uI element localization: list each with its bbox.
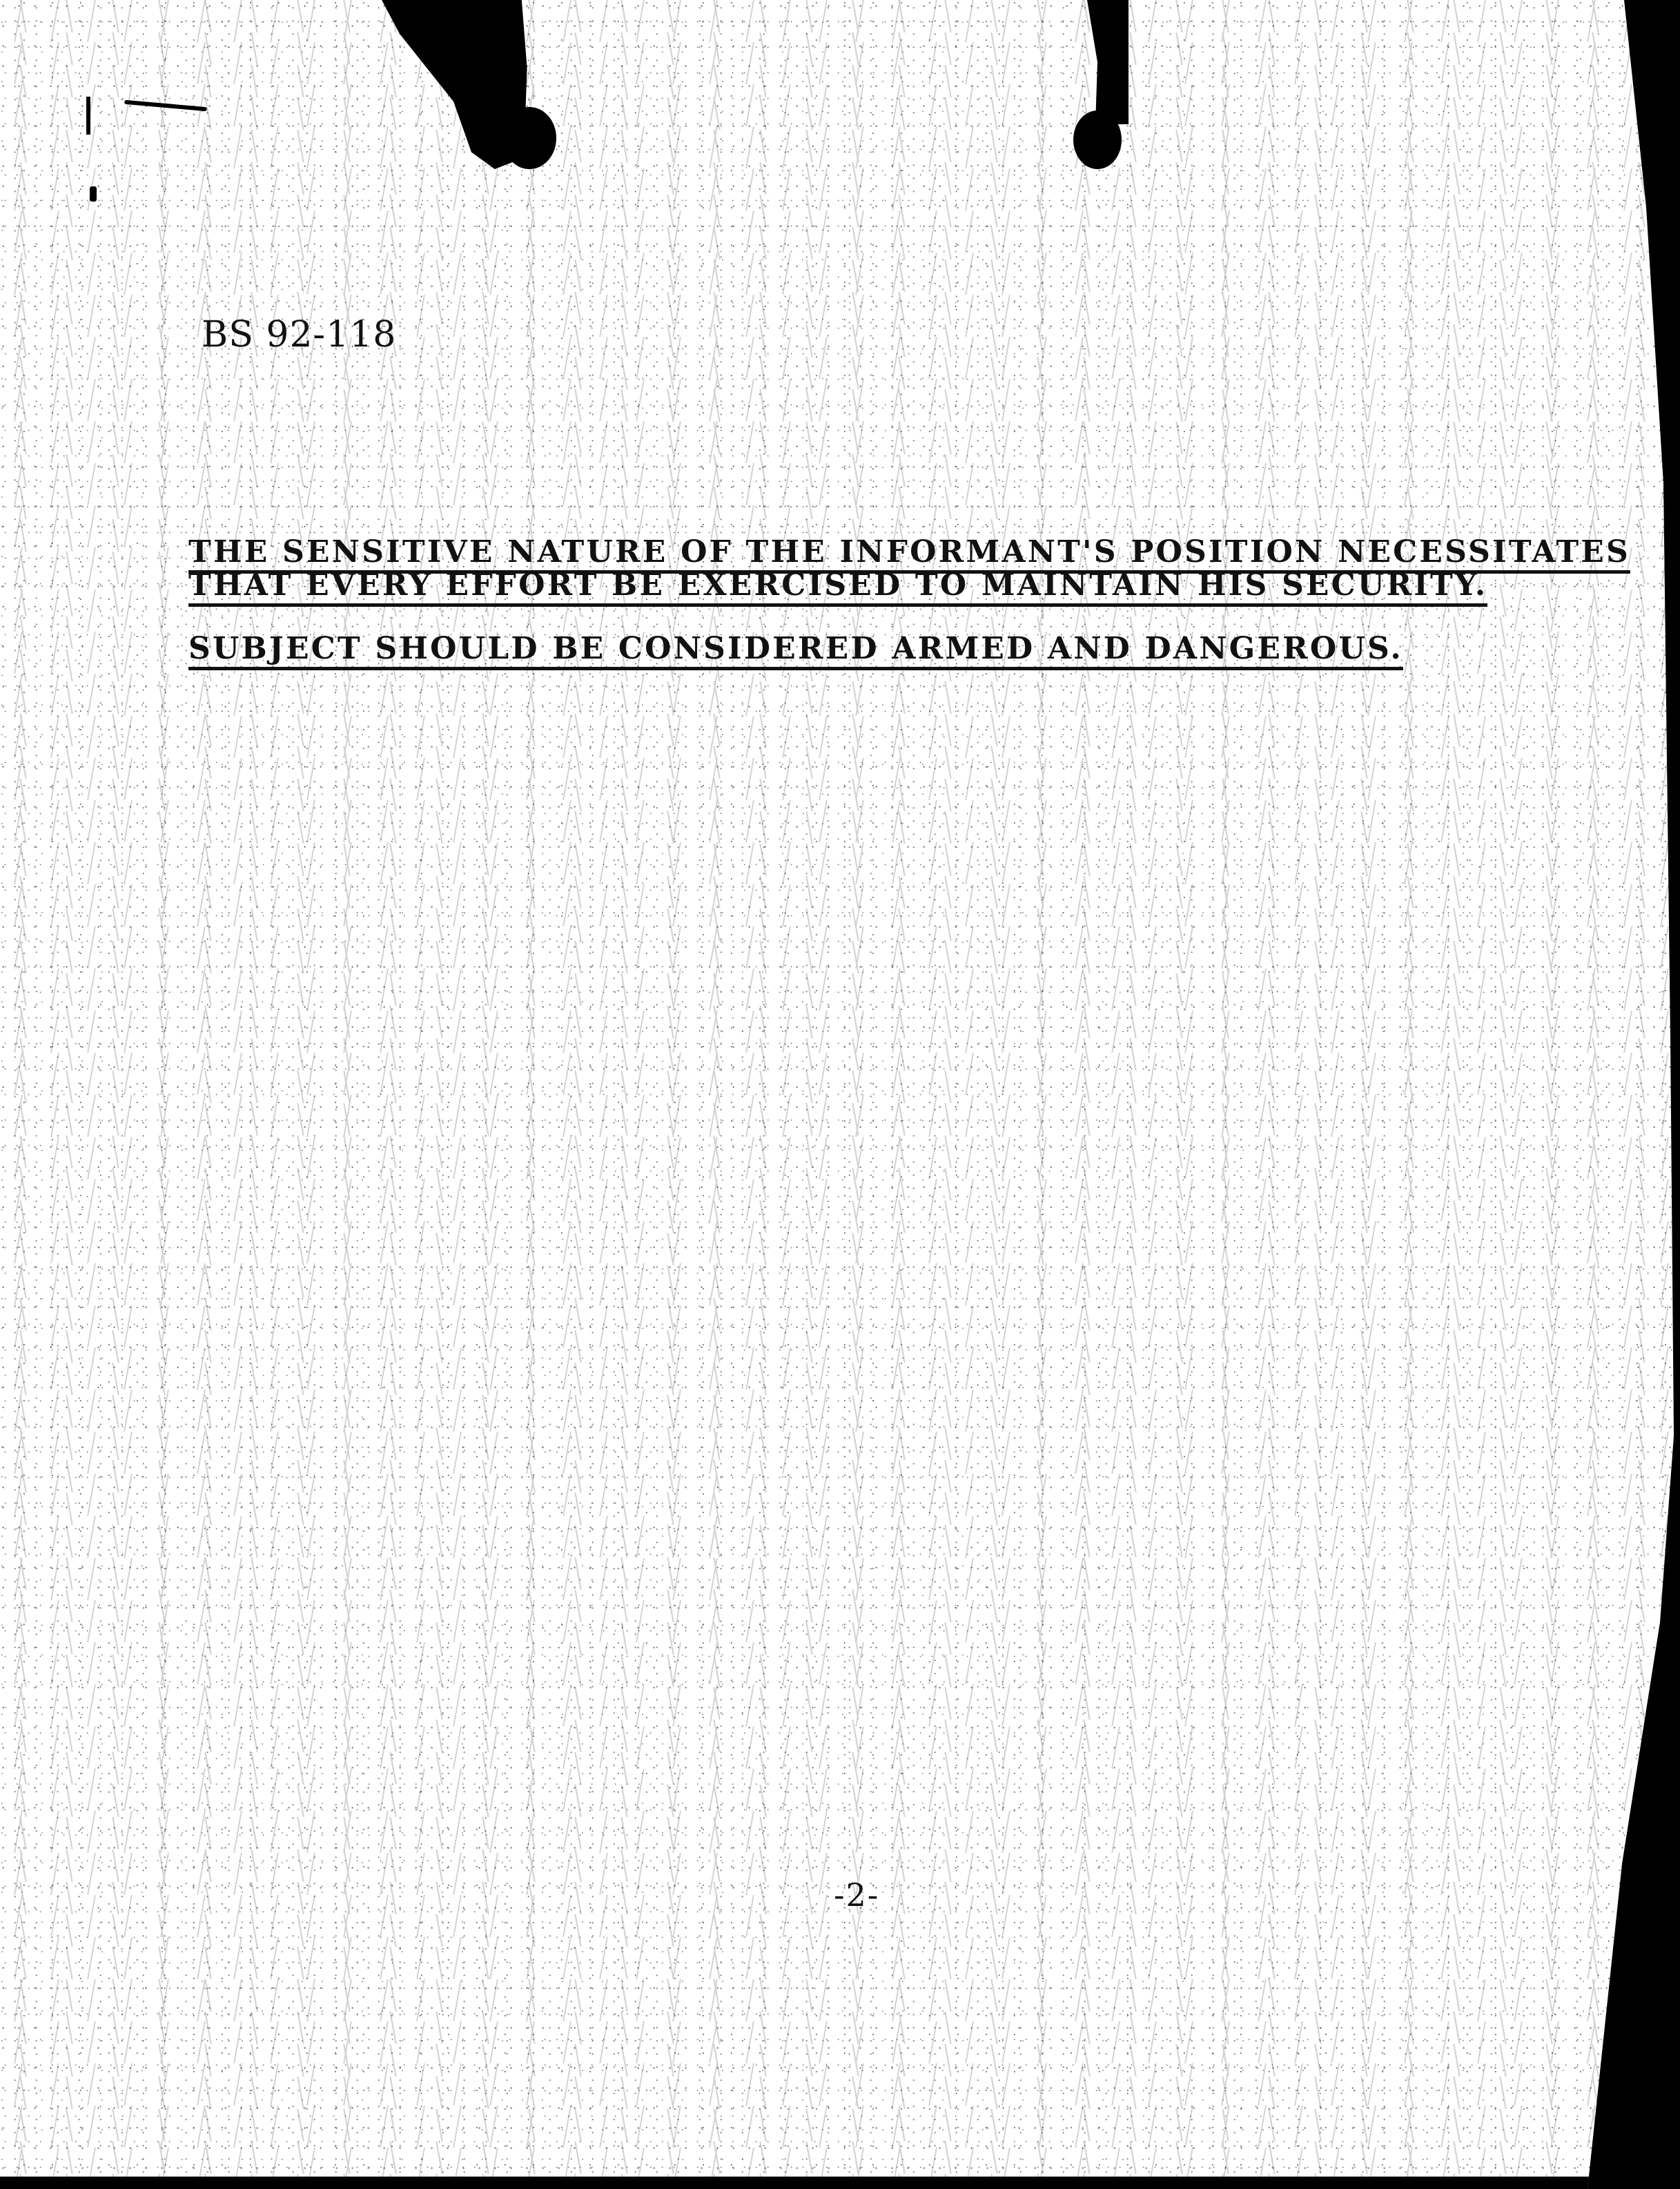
scan-bottom-edge (0, 2177, 1680, 2189)
armed-warning-text: SUBJECT SHOULD BE CONSIDERED ARMED AND D… (188, 634, 1403, 670)
file-number: BS 92-118 (202, 314, 396, 356)
punch-hole-left (502, 107, 556, 169)
punch-hole-right (1073, 110, 1122, 169)
security-notice-text-2: THAT EVERY EFFORT BE EXERCISED TO MAINTA… (188, 570, 1487, 607)
security-notice-line-2: THAT EVERY EFFORT BE EXERCISED TO MAINTA… (188, 570, 1487, 607)
armed-warning-line: SUBJECT SHOULD BE CONSIDERED ARMED AND D… (188, 634, 1403, 670)
page-number: -2- (834, 1876, 879, 1914)
scan-mark (86, 97, 90, 135)
scan-mark-dot (90, 186, 97, 202)
scanned-page: BS 92-118 THE SENSITIVE NATURE OF THE IN… (0, 0, 1680, 2189)
